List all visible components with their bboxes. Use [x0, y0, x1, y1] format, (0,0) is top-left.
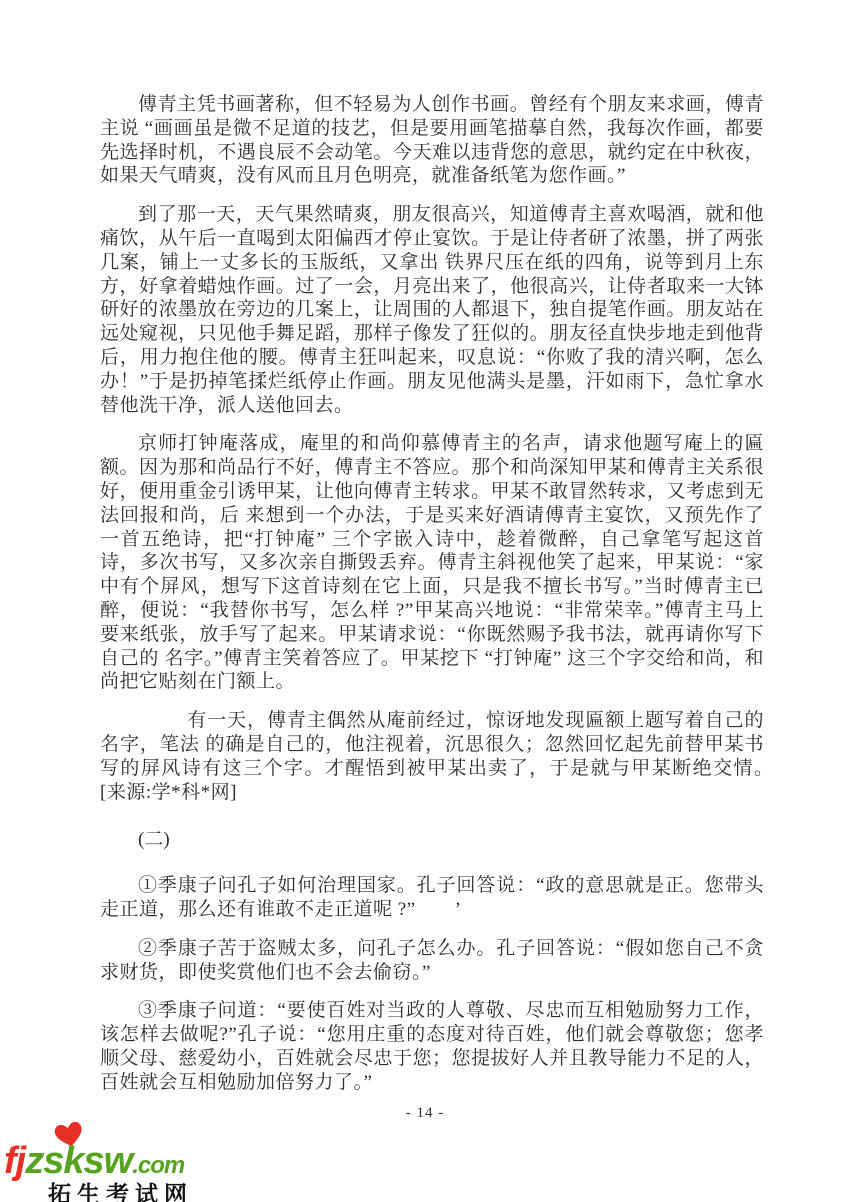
- paragraph-midautumn-night: 到了那一天，天气果然晴爽，朋友很高兴，知道傅青主喜欢喝酒，就和他痛饮，从午后一直…: [100, 203, 764, 417]
- paragraph-fuqingzhu-intro: 傅青主凭书画著称，但不轻易为人创作书画。曾经有个朋友来求画，傅青主说 “画画虽是…: [100, 93, 764, 188]
- page-number: - 14 -: [0, 1105, 850, 1122]
- paragraph-jikangzi-thieves: ②季康子苦于盗贼太多，问孔子怎么办。孔子回答说：“假如您自己不贪求财货，即使奖赏…: [100, 937, 764, 985]
- site-watermark: fjzsksw.com 拓生考试网: [4, 1124, 204, 1202]
- paragraph-dazhongan-plaque: 京师打钟庵落成，庵里的和尚仰慕傅青主的名声，请求他题写庵上的匾额。因为那和尚品行…: [100, 432, 764, 694]
- section-two-heading: (二): [100, 828, 764, 852]
- watermark-logo-fj: fj: [4, 1140, 25, 1182]
- document-text-block: 傅青主凭书画著称，但不轻易为人创作书画。曾经有个朋友来求画，傅青主说 “画画虽是…: [100, 93, 764, 1109]
- paragraph-discovery-betrayal: 有一天，傅青主偶然从庵前经过，惊讶地发现匾额上题写着自己的名字，笔法 的确是自己…: [100, 709, 764, 804]
- watermark-logo-com: .com: [132, 1152, 184, 1179]
- paragraph-jikangzi-respect: ③季康子问道：“要使百姓对当政的人尊敬、尽忠而互相勉励努力工作， 该怎样去做呢?…: [100, 999, 764, 1094]
- watermark-subtext: 拓生考试网: [48, 1176, 193, 1202]
- paragraph-jikangzi-governance: ①季康子问孔子如何治理国家。孔子回答说：“政的意思就是正。您带头走正道，那么还有…: [100, 874, 764, 922]
